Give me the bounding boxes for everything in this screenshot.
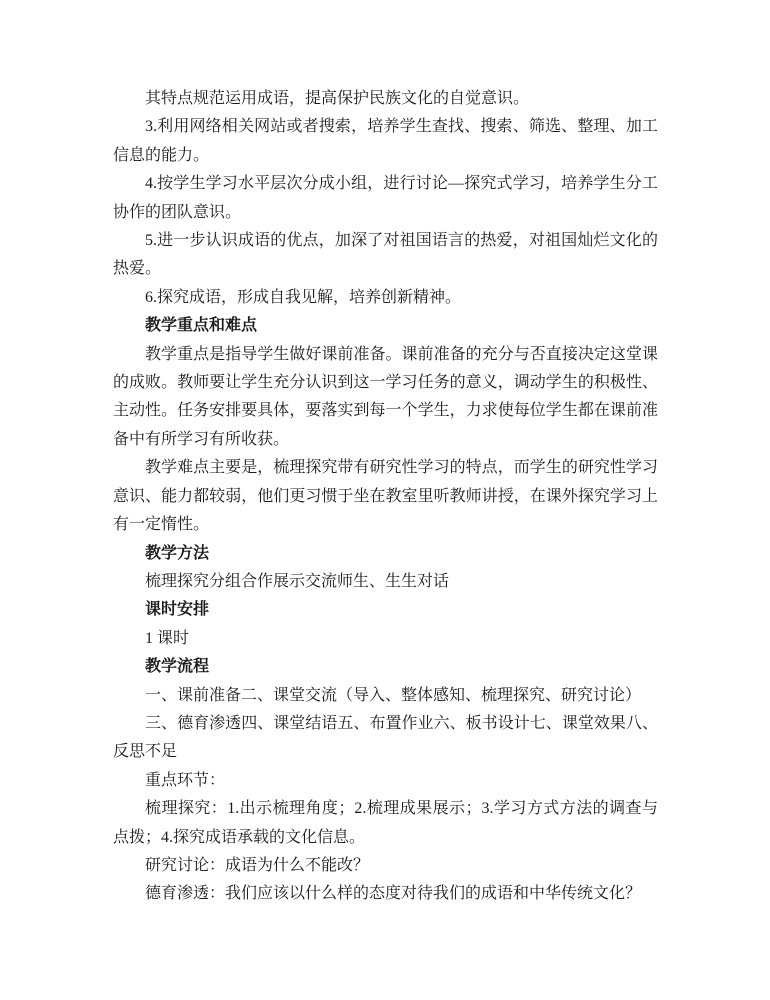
paragraph-key-segments-label: 重点环节：	[113, 767, 658, 795]
paragraph-objective-6: 6.探究成语，形成自我见解，培养创新精神。	[113, 284, 658, 312]
paragraph-moral-education: 德育渗透：我们应该以什么样的态度对待我们的成语和中华传统文化？	[113, 880, 658, 908]
paragraph-teaching-key-point: 教学重点是指导学生做好课前准备。课前准备的充分与否直接决定这堂课的成败。教师要让…	[113, 341, 658, 455]
paragraph-teaching-difficulty: 教学难点主要是，梳理探究带有研究性学习的特点，而学生的研究性学习意识、能力都较弱…	[113, 454, 658, 539]
heading-class-hours: 课时安排	[113, 596, 658, 624]
paragraph-class-hours: 1 课时	[113, 625, 658, 653]
document-page: 其特点规范运用成语，提高保护民族文化的自觉意识。 3.利用网络相关网站或者搜索，…	[113, 85, 658, 909]
paragraph-objective-5: 5.进一步认识成语的优点，加深了对祖国语言的热爱，对祖国灿烂文化的热爱。	[113, 227, 658, 284]
paragraph-continuation: 其特点规范运用成语，提高保护民族文化的自觉意识。	[113, 85, 658, 113]
paragraph-objective-4: 4.按学生学习水平层次分成小组，进行讨论—探究式学习，培养学生分工协作的团队意识…	[113, 170, 658, 227]
paragraph-sorting-exploration: 梳理探究：1.出示梳理角度；2.梳理成果展示；3.学习方式方法的调查与点拨；4.…	[113, 795, 658, 852]
paragraph-teaching-methods: 梳理探究分组合作展示交流师生、生生对话	[113, 568, 658, 596]
heading-teaching-methods: 教学方法	[113, 540, 658, 568]
paragraph-process-steps-3-8: 三、德育渗透四、课堂结语五、布置作业六、板书设计七、课堂效果八、反思不足	[113, 710, 658, 767]
heading-key-points-and-difficulties: 教学重点和难点	[113, 312, 658, 340]
paragraph-objective-3: 3.利用网络相关网站或者搜索，培养学生查找、搜索、筛选、整理、加工信息的能力。	[113, 113, 658, 170]
paragraph-research-discussion: 研究讨论：成语为什么不能改？	[113, 852, 658, 880]
heading-teaching-process: 教学流程	[113, 653, 658, 681]
paragraph-process-steps-1-2: 一、课前准备二、课堂交流（导入、整体感知、梳理探究、研究讨论）	[113, 682, 658, 710]
